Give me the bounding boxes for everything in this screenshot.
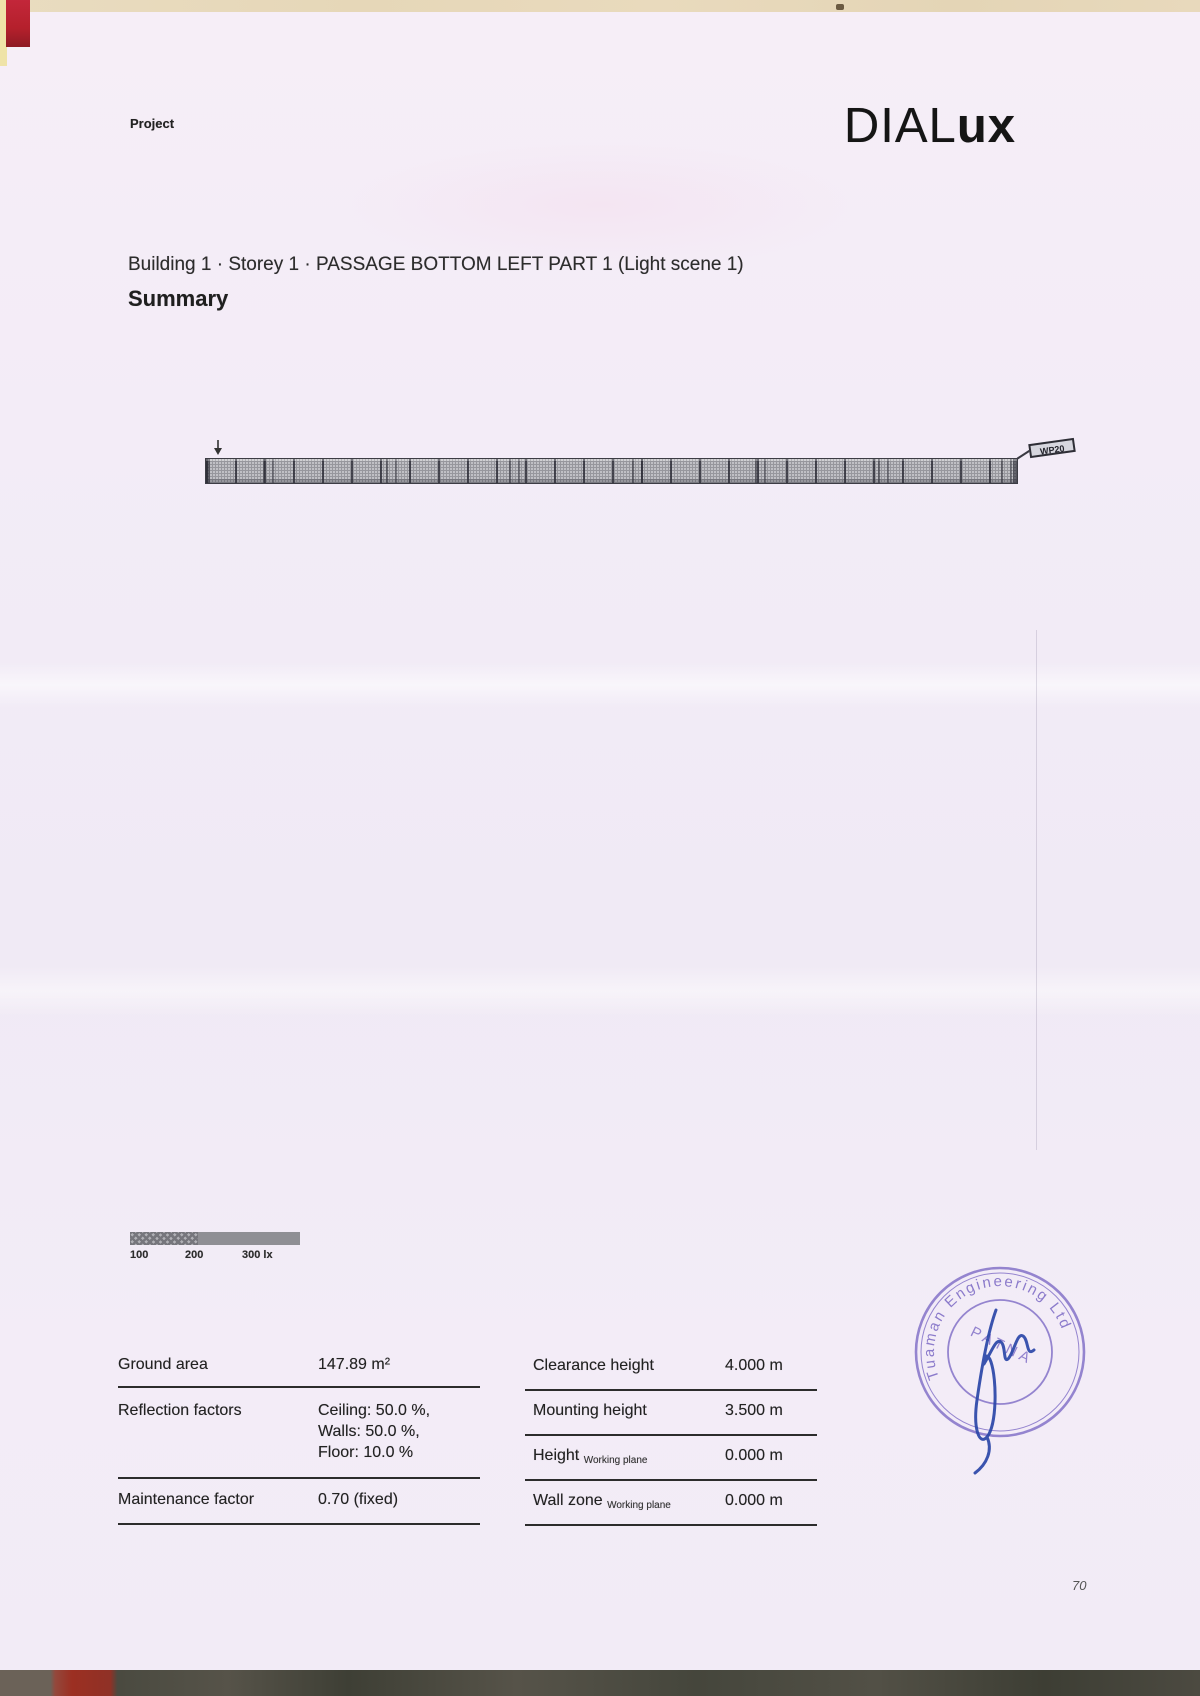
scale-bar-hatched-segment xyxy=(130,1232,198,1245)
scale-bar-tick-labels: 100 200 300 lx xyxy=(130,1249,330,1263)
scan-artifact-top-edge xyxy=(0,0,1200,12)
scale-tick-label: 100 xyxy=(130,1249,148,1261)
row-label-subscript: Working plane xyxy=(584,1455,648,1466)
scale-tick-label: 200 xyxy=(185,1249,203,1261)
row-label-subscript: Working plane xyxy=(607,1500,671,1511)
scan-artifact-red-mark xyxy=(6,0,30,47)
working-plane-tag: WP20 xyxy=(1028,438,1076,458)
row-label-text: Mounting height xyxy=(533,1402,647,1419)
dialux-logo: DIALux xyxy=(844,98,1016,154)
row-label: Mounting height xyxy=(525,1402,725,1421)
scale-tick-label: 300 lx xyxy=(242,1249,273,1261)
scan-artifact-band xyxy=(0,662,1200,708)
row-value: Ceiling: 50.0 %, Walls: 50.0 %, Floor: 1… xyxy=(318,1400,480,1463)
project-label: Project xyxy=(130,116,174,131)
illuminance-scale-bar xyxy=(130,1232,300,1245)
scan-artifact-fold-line xyxy=(1036,630,1037,1150)
summary-table-left: Ground area 147.89 m² Reflection factors… xyxy=(118,1352,480,1525)
row-label: Height Working plane xyxy=(525,1447,725,1466)
summary-table-right: Clearance height 4.000 m Mounting height… xyxy=(525,1346,817,1526)
company-stamp: Tuaman Engineering Ltd PATNA xyxy=(900,1252,1100,1492)
value-line: Walls: 50.0 %, xyxy=(318,1421,480,1442)
table-row: Height Working plane 0.000 m xyxy=(525,1436,817,1481)
table-row: Clearance height 4.000 m xyxy=(525,1346,817,1391)
scan-artifact-band xyxy=(0,966,1200,1016)
row-label: Maintenance factor xyxy=(118,1491,318,1509)
logo-text-regular: DIAL xyxy=(844,99,957,153)
row-label-text: Height xyxy=(533,1447,579,1464)
row-value: 0.000 m xyxy=(725,1492,817,1510)
row-label: Wall zone Working plane xyxy=(525,1492,725,1511)
page-title: Summary xyxy=(128,286,228,312)
row-label: Clearance height xyxy=(525,1357,725,1376)
row-value: 3.500 m xyxy=(725,1402,817,1420)
plan-axis-arrow-icon xyxy=(212,438,224,456)
row-label-text: Clearance height xyxy=(533,1357,654,1374)
table-row: Mounting height 3.500 m xyxy=(525,1391,817,1436)
table-row: Maintenance factor 0.70 (fixed) xyxy=(118,1479,480,1525)
row-label: Reflection factors xyxy=(118,1400,318,1421)
scan-artifact-splotch xyxy=(340,140,860,270)
passage-floor-plan-rendering xyxy=(205,458,1018,484)
scan-artifact-bottom-edge xyxy=(0,1670,1200,1696)
table-row: Wall zone Working plane 0.000 m xyxy=(525,1481,817,1526)
page-number: 70 xyxy=(1072,1578,1086,1593)
table-row: Reflection factors Ceiling: 50.0 %, Wall… xyxy=(118,1388,480,1479)
row-label: Ground area xyxy=(118,1356,318,1374)
logo-text-bold: ux xyxy=(957,99,1016,153)
breadcrumb: Building 1 · Storey 1 · PASSAGE BOTTOM L… xyxy=(128,254,744,276)
scan-artifact-speck xyxy=(836,4,844,10)
value-line: Ceiling: 50.0 %, xyxy=(318,1400,480,1421)
row-value: 0.000 m xyxy=(725,1447,817,1465)
table-row: Ground area 147.89 m² xyxy=(118,1352,480,1388)
row-value: 0.70 (fixed) xyxy=(318,1491,480,1509)
value-line: Floor: 10.0 % xyxy=(318,1442,480,1463)
row-value: 147.89 m² xyxy=(318,1356,480,1374)
row-label-text: Wall zone xyxy=(533,1492,603,1509)
scanned-report-page: Project DIALux Building 1 · Storey 1 · P… xyxy=(0,0,1200,1696)
row-value: 4.000 m xyxy=(725,1357,817,1375)
